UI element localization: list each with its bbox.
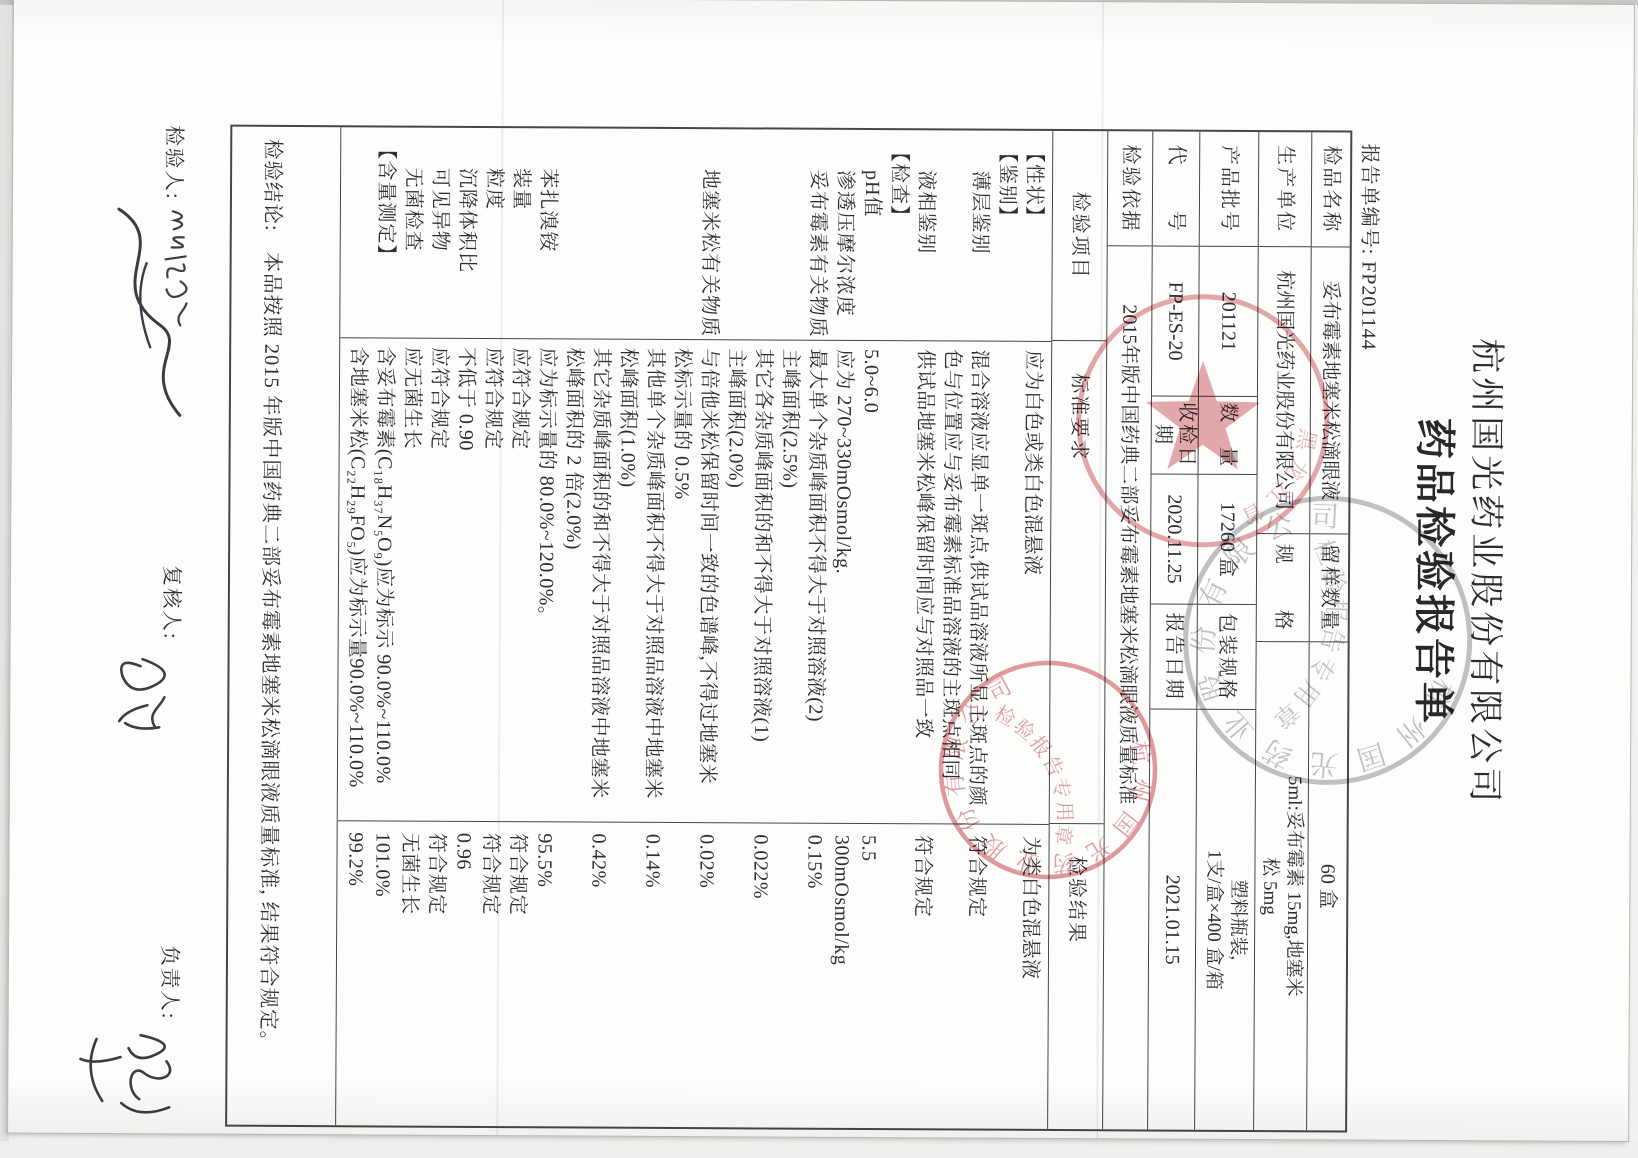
- requirement-line: 应符合规定: [477, 347, 506, 821]
- test-item-name: 【含量测定】: [371, 127, 399, 337]
- table-row: 代 号 FP-ES-20 收检日期 2020.11.25 报告日期 2021.0…: [1147, 131, 1199, 1129]
- test-result: 符合规定: [421, 821, 450, 1126]
- test-item-row: 【检查】: [880, 130, 912, 1128]
- test-item-row: 沉降体积比不低于 0.900.96: [448, 128, 480, 1126]
- code-value: FP-ES-20: [1152, 246, 1199, 396]
- test-result: [988, 824, 1017, 1129]
- test-result: 符合规定: [934, 823, 990, 1128]
- test-standard-requirement: 最大单个杂质峰面积不得大于对照溶液(2)主峰面积(2.5%): [774, 340, 831, 823]
- requirement-line: 不低于 0.90: [450, 347, 479, 821]
- document-title: 药品检验报告单: [1405, 4, 1470, 1140]
- requirement-line: 含妥布霉素(C₁₈H₃₇N₅O₉)应为标示 90.0%~110.0%: [369, 346, 398, 820]
- test-standard-requirement: 应符合规定: [504, 338, 534, 821]
- requirement-line: 混合溶液应显单一斑点,供试品溶液所显主斑点的颜: [963, 350, 992, 824]
- test-item-row: 其他单个杂质峰面积不得大于对照品溶液中地塞米松峰面积(1.0%)0.14%: [610, 129, 669, 1127]
- conclusion-row: 检验结论: 本品按照 2015 年版中国药典二部妥布霉素地塞米松滴眼液质量标准,…: [227, 127, 340, 1126]
- test-standard-requirement: 5.0~6.0: [855, 340, 885, 823]
- table-row: 生产单位 杭州国光药业股份有限公司 规 格 5ml:妥布霉素 15mg,地塞米 …: [1253, 132, 1311, 1130]
- requirement-line: 应无菌生长: [396, 347, 425, 821]
- test-item-name: 妥布霉素有关物质: [776, 130, 831, 340]
- table-row: 检品名称 妥布霉素地塞米松滴眼液 留样数量 60 盒: [1306, 132, 1350, 1130]
- quantity-label: 数 量: [1199, 397, 1257, 475]
- test-item-name: pH值: [857, 130, 885, 340]
- test-item-row: 粒度应符合规定符合规定: [475, 128, 507, 1126]
- test-standard-requirement: 其他单个杂质峰面积不得大于对照品溶液中地塞米松峰面积(1.0%): [612, 339, 669, 822]
- requirement-line: 其他单个杂质峰面积不得大于对照品溶液中地塞米: [639, 348, 668, 822]
- test-standard-requirement: 不低于 0.90: [450, 338, 480, 821]
- test-standard-requirement: 供试品地塞米松峰保留时间应与对照品一致: [909, 340, 939, 823]
- report-table: 检品名称 妥布霉素地塞米松滴眼液 留样数量 60 盒 生产单位 杭州国光药业股份…: [225, 125, 1352, 1133]
- test-rows: 【性状】应为白色或类白色混悬液为类白色混悬液【鉴别】薄层鉴别混合溶液应显单一斑点…: [335, 127, 1052, 1129]
- quantity-value: 17260 盒: [1198, 475, 1257, 605]
- test-item-name: 可见异物: [425, 128, 453, 338]
- test-item-name: 渗透压摩尔浓度: [830, 130, 858, 340]
- approver-label: 负责人:: [157, 945, 187, 1020]
- test-item-row: 薄层鉴别混合溶液应显单一斑点,供试品溶液所显主斑点的颜色与位置应与妥布霉素标准品…: [934, 130, 993, 1128]
- report-page: 杭州国光药业股份有限公司 药品检验报告单 报告单编号: FP201144 检品名…: [8, 0, 1634, 1141]
- requirement-line: 松标示量的 0.5%: [666, 348, 695, 822]
- test-standard-requirement: 应无菌生长: [396, 338, 426, 821]
- test-result: 0.42%: [556, 821, 612, 1126]
- requirement-line: 主峰面积(2.0%): [720, 348, 749, 822]
- test-item-name: 【检查】: [884, 130, 912, 340]
- test-standard-requirement: 应符合规定: [423, 338, 453, 821]
- batch-label: 产品批号: [1200, 132, 1259, 247]
- test-result: 0.14%: [610, 822, 666, 1127]
- test-item-row: 液相鉴别供试品地塞米松峰保留时间应与对照品一致符合规定: [907, 130, 939, 1128]
- test-result: 5.5: [853, 823, 882, 1128]
- col-header-test-item: 检验项目: [1052, 131, 1107, 341]
- test-standard-requirement: 含妥布霉素(C₁₈H₃₇N₅O₉)应为标示 90.0%~110.0%: [369, 337, 399, 820]
- manufacturer-value: 杭州国光药业股份有限公司: [1257, 247, 1311, 534]
- pack-spec-value: 塑料瓶装, 1支/盒×400 盒/箱: [1195, 710, 1255, 1130]
- test-result: 符合规定: [475, 821, 504, 1126]
- test-item-name: 粒度: [479, 128, 507, 338]
- test-item-row: 无菌检查应无菌生长无菌生长: [394, 128, 426, 1126]
- requirement-line: 其它各杂质峰面积的和不得大于对照溶液(1): [747, 348, 776, 822]
- manufacturer-label: 生产单位: [1259, 132, 1312, 247]
- test-standard-requirement: [882, 340, 912, 823]
- test-item-name: 沉降体积比: [452, 128, 480, 338]
- test-item-name: 【鉴别】: [992, 131, 1020, 341]
- requirement-line: 应符合规定: [504, 347, 533, 821]
- requirement-line: 最大单个杂质峰面积不得大于对照溶液(2): [801, 349, 830, 823]
- test-standard-requirement: 其它各杂质峰面积的和不得大于对照溶液(1)主峰面积(2.0%): [720, 339, 777, 822]
- column-header-row: 检验项目 标准要求 检验结果: [1047, 131, 1107, 1129]
- received-date-value: 2020.11.25: [1151, 474, 1198, 604]
- retained-qty-label: 留样数量: [1310, 534, 1349, 642]
- inspector-label: 检验人:: [161, 125, 191, 200]
- test-item-name: 液相鉴别: [911, 130, 939, 340]
- test-item-row: 妥布霉素有关物质最大单个杂质峰面积不得大于对照溶液(2)主峰面积(2.5%)0.…: [772, 130, 831, 1128]
- pack-spec-label: 包装规格: [1197, 605, 1256, 710]
- test-item-name: [344, 127, 372, 337]
- conclusion-label: 检验结论:: [261, 139, 283, 232]
- received-date-label: 收检日期: [1152, 396, 1198, 474]
- test-result: 300mOsmol/kg: [826, 823, 855, 1128]
- code-label: 代 号: [1153, 131, 1200, 246]
- report-date-value: 2021.01.15: [1148, 709, 1196, 1129]
- test-item-row: 其它杂质峰面积的和不得大于对照品溶液中地塞米松峰面积的 2 倍(2.0%)0.4…: [556, 128, 615, 1126]
- test-item-name: 苯扎溴铵: [533, 128, 561, 338]
- test-result: 0.15%: [772, 823, 828, 1128]
- test-standard-requirement: 其它杂质峰面积的和不得大于对照品溶液中地塞米松峰面积的 2 倍(2.0%): [558, 338, 615, 821]
- report-number-value: FP201144: [1357, 261, 1379, 351]
- test-item-row: 【性状】应为白色或类白色混悬液为类白色混悬液: [1015, 131, 1047, 1129]
- test-item-name: 【性状】: [1019, 131, 1047, 341]
- batch-value: 201121: [1199, 247, 1258, 397]
- report-number-line: 报告单编号: FP201144: [1356, 144, 1386, 351]
- sample-name-label: 检品名称: [1312, 132, 1351, 247]
- test-result: 为类白色混悬液: [1015, 824, 1044, 1129]
- requirement-line: 松峰面积(1.0%): [612, 348, 641, 822]
- test-standard-requirement: 应为 270~330mOsmol/kg.: [828, 340, 858, 823]
- requirement-line: 其它杂质峰面积的和不得大于对照品溶液中地塞米: [585, 348, 614, 822]
- test-item-name: [614, 129, 669, 339]
- spec-value: 5ml:妥布霉素 15mg,地塞米 松 5mg: [1254, 642, 1309, 1130]
- spec-label: 规 格: [1257, 534, 1310, 642]
- test-item-row: 其它各杂质峰面积的和不得大于对照溶液(1)主峰面积(2.0%)0.022%: [718, 129, 777, 1127]
- basis-label: 检验依据: [1108, 131, 1153, 246]
- test-result: 0.022%: [718, 822, 774, 1127]
- scanner-edge-left: [0, 0, 9, 1158]
- requirement-line: 色与位置应与妥布霉素标准品溶液的主斑点相同: [936, 349, 965, 823]
- scanner-edge-bottom: [0, 1141, 1638, 1158]
- signature-row: 检验人: 复核人: 负责人:: [50, 0, 206, 1134]
- test-item-name: 薄层鉴别: [938, 130, 993, 340]
- requirement-line: 主峰面积(2.5%): [774, 349, 803, 823]
- test-result: [880, 823, 909, 1128]
- test-item-row: 【含量测定】含妥布霉素(C₁₈H₃₇N₅O₉)应为标示 90.0%~110.0%…: [367, 127, 399, 1125]
- requirement-line: 含地塞米松(C₂₂H₂₉FO₅)应为标示量90.0%~110.0%: [342, 346, 371, 820]
- approver-signature: [62, 1025, 203, 1136]
- report-number-label: 报告单编号:: [1358, 144, 1381, 256]
- scanned-report: 杭州国光药业股份有限公司 药品检验报告单 报告单编号: FP201144 检品名…: [0, 0, 1638, 1158]
- test-result: 符合规定: [907, 823, 936, 1128]
- requirement-line: 供试品地塞米松峰保留时间应与对照品一致: [909, 349, 938, 823]
- test-result: 99.2%: [340, 820, 369, 1125]
- test-item-name: [722, 129, 777, 339]
- reviewer-signature: [84, 645, 195, 786]
- requirement-line: 应为标示量的 80.0%~120.0%。: [531, 347, 560, 821]
- test-result: 0.02%: [664, 822, 720, 1127]
- test-item-row: 【鉴别】: [988, 131, 1020, 1129]
- test-item-name: 装量: [506, 128, 534, 338]
- test-item-row: 可见异物应符合规定符合规定: [421, 128, 453, 1126]
- basis-value: 2015年版中国药典二部妥布霉素地塞米松滴眼液质量标准: [1103, 246, 1152, 1129]
- col-header-standard: 标准要求: [1050, 341, 1107, 824]
- requirement-line: 应符合规定: [423, 347, 452, 821]
- inspector-signature: [60, 203, 211, 434]
- test-result: 无菌生长: [394, 821, 423, 1126]
- requirement-line: 应为 270~330mOsmol/kg.: [828, 349, 857, 823]
- reviewer-label: 复核人:: [159, 565, 189, 640]
- report-date-label: 报告日期: [1150, 604, 1197, 709]
- test-item-row: 地塞米松有关物质与倍他米松保留时间一致的色谱峰,不得过地塞米松标示量的 0.5%…: [664, 129, 723, 1127]
- table-row: 检验依据 2015年版中国药典二部妥布霉素地塞米松滴眼液质量标准: [1102, 131, 1152, 1129]
- test-standard-requirement: 混合溶液应显单一斑点,供试品溶液所显主斑点的颜色与位置应与妥布霉素标准品溶液的主…: [936, 340, 993, 823]
- test-item-row: pH值5.0~6.05.5: [853, 130, 885, 1128]
- test-standard-requirement: 应符合规定: [477, 338, 507, 821]
- col-header-result: 检验结果: [1048, 824, 1104, 1129]
- test-standard-requirement: 含地塞米松(C₂₂H₂₉FO₅)应为标示量90.0%~110.0%: [342, 337, 372, 820]
- test-item-name: 无菌检查: [398, 128, 426, 338]
- retained-qty-value: 60 盒: [1307, 642, 1348, 1130]
- test-item-name: [560, 128, 615, 338]
- test-result: 0.96: [448, 821, 477, 1126]
- test-result: 95.5%: [529, 821, 558, 1126]
- sample-name-value: 妥布霉素地塞米松滴眼液: [1310, 247, 1350, 534]
- requirement-line: 应为白色或类白色混悬液: [1017, 350, 1046, 824]
- requirement-line: 与倍他米松保留时间一致的色谱峰,不得过地塞米: [693, 348, 722, 822]
- requirement-line: 松峰面积的 2 倍(2.0%): [558, 347, 587, 821]
- requirement-line: 5.0~6.0: [855, 349, 884, 823]
- test-standard-requirement: 与倍他米松保留时间一致的色谱峰,不得过地塞米松标示量的 0.5%: [666, 339, 723, 822]
- test-item-row: 渗透压摩尔浓度应为 270~330mOsmol/kg.300mOsmol/kg: [826, 130, 858, 1128]
- test-standard-requirement: 应为白色或类白色混悬液: [1017, 341, 1047, 824]
- test-item-row: 苯扎溴铵应为标示量的 80.0%~120.0%。95.5%: [529, 128, 561, 1126]
- conclusion-text: 本品按照 2015 年版中国药典二部妥布霉素地塞米松滴眼液质量标准, 结果符合规…: [256, 252, 282, 1053]
- test-item-row: 装量应符合规定符合规定: [502, 128, 534, 1126]
- test-item-row: 含地塞米松(C₂₂H₂₉FO₅)应为标示量90.0%~110.0%99.2%: [340, 127, 372, 1125]
- test-item-name: 地塞米松有关物质: [668, 129, 723, 339]
- table-row: 产品批号 201121 数 量 17260 盒 包装规格 塑料瓶装, 1支/盒×…: [1194, 132, 1258, 1130]
- test-result: 101.0%: [367, 820, 396, 1125]
- test-standard-requirement: [990, 341, 1020, 824]
- test-result: 符合规定: [502, 821, 531, 1126]
- test-standard-requirement: 应为标示量的 80.0%~120.0%。: [531, 338, 561, 821]
